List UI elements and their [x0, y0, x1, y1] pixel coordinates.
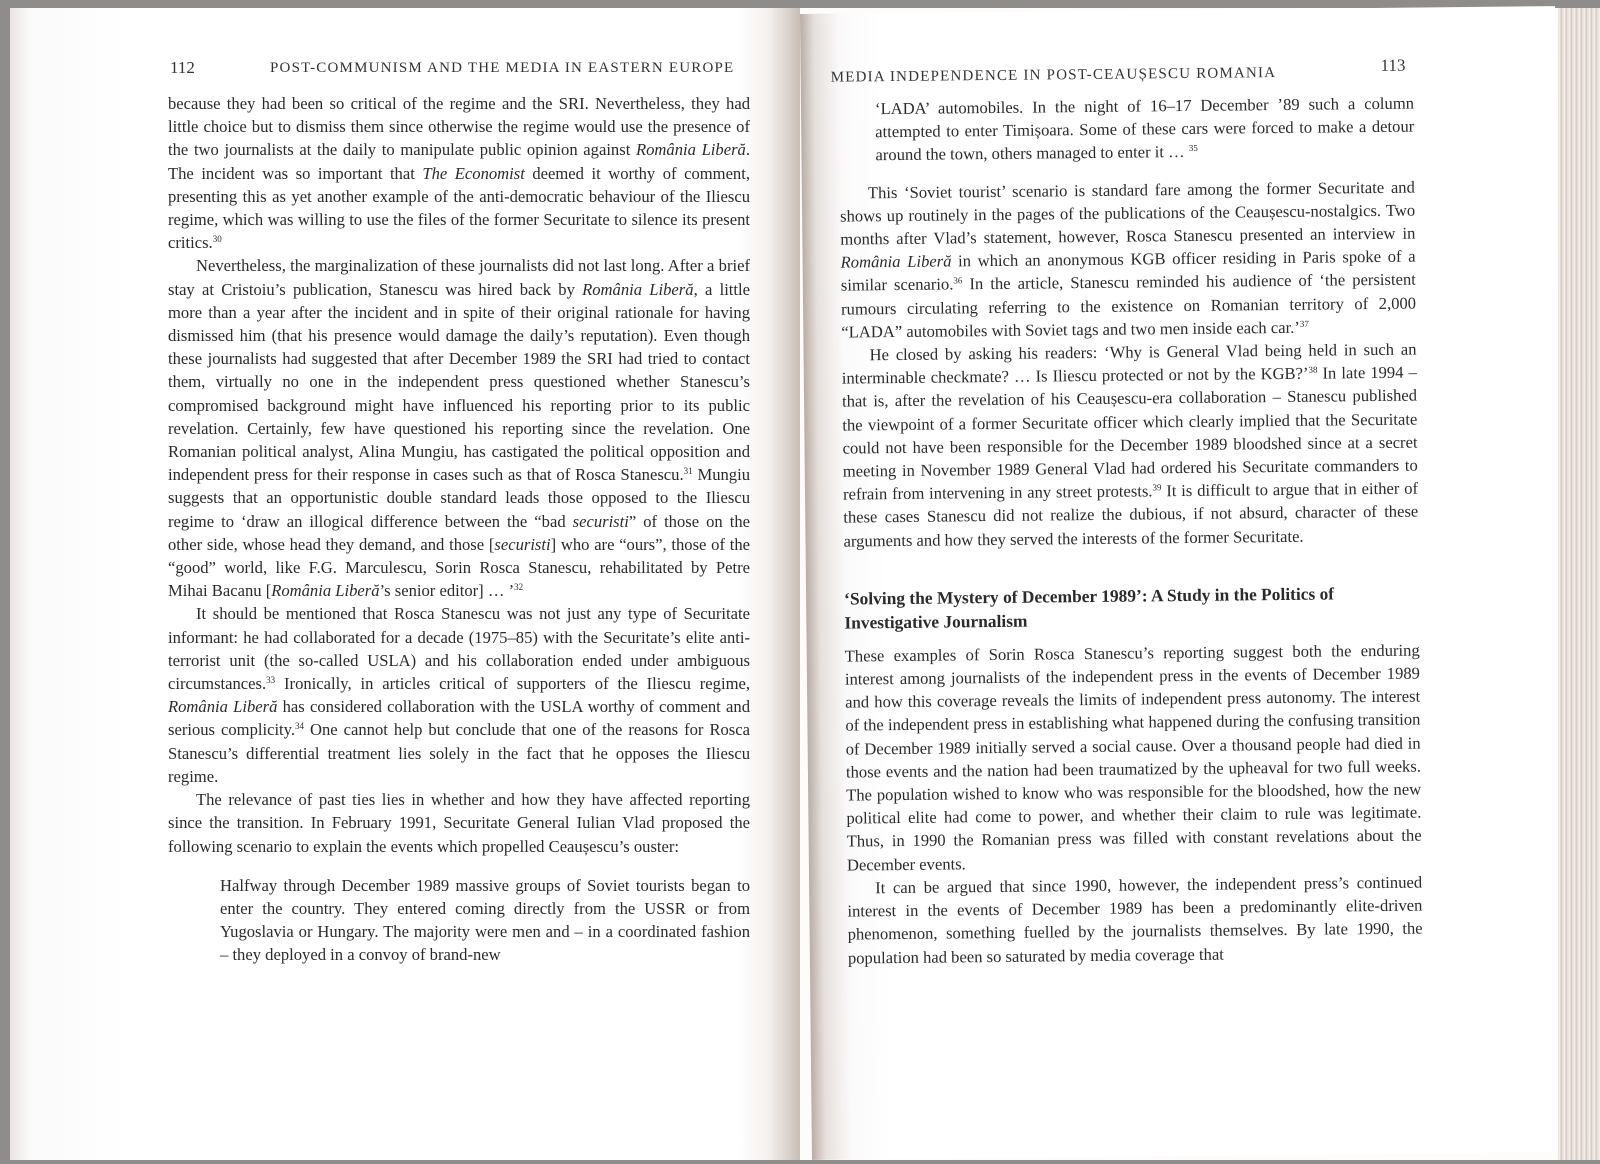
section-heading: ‘Solving the Mystery of December 1989’: …	[844, 580, 1419, 634]
block-quote-continued: ‘LADA’ automobiles. In the night of 16–1…	[875, 92, 1415, 167]
footnote-ref: 33	[266, 675, 275, 685]
body-text: because they had been so critical of the…	[168, 92, 750, 967]
italic-title: securisti	[494, 535, 550, 554]
text-run: These examples of Sorin Rosca Stanescu’s…	[845, 640, 1422, 874]
block-quote: Halfway through December 1989 massive gr…	[220, 874, 750, 967]
italic-title: securisti	[573, 512, 629, 531]
italic-title: România Liberă	[841, 252, 952, 272]
book-spread: 112 POST-COMMUNISM AND THE MEDIA IN EAST…	[10, 8, 1570, 1160]
running-head: MEDIA INDEPENDENCE IN POST-CEAUȘESCU ROM…	[831, 65, 1277, 87]
footnote-ref: 35	[1189, 143, 1198, 153]
right-page: MEDIA INDEPENDENCE IN POST-CEAUȘESCU ROM…	[800, 6, 1567, 1160]
text-run: Ironically, in articles critical of supp…	[275, 674, 750, 693]
italic-title: The Economist	[422, 164, 524, 183]
italic-title: România Liberă	[271, 581, 379, 600]
footnote-ref: 34	[295, 721, 304, 731]
paragraph: because they had been so critical of the…	[168, 92, 750, 254]
paragraph: It should be mentioned that Rosca Stanes…	[168, 602, 750, 788]
left-page: 112 POST-COMMUNISM AND THE MEDIA IN EAST…	[10, 8, 800, 1160]
paragraph-list: because they had been so critical of the…	[168, 92, 750, 858]
page-number: 113	[1380, 56, 1405, 76]
block-quote-text: ‘LADA’ automobiles. In the night of 16–1…	[875, 94, 1414, 165]
paragraph: He closed by asking his readers: ‘Why is…	[841, 338, 1418, 553]
page-edges	[1558, 8, 1600, 1160]
italic-title: România Liberă	[168, 697, 277, 716]
paragraph: These examples of Sorin Rosca Stanescu’s…	[845, 638, 1422, 876]
page-number: 112	[170, 58, 195, 78]
text-run: The relevance of past ties lies in wheth…	[168, 790, 750, 855]
paragraph: Nevertheless, the marginalization of the…	[168, 254, 750, 602]
paragraph: This ‘Soviet tourist’ scenario is standa…	[840, 175, 1417, 343]
italic-title: România Liberă	[582, 280, 693, 299]
paragraph: The relevance of past ties lies in wheth…	[168, 788, 750, 858]
footnote-ref: 37	[1300, 319, 1309, 329]
paragraph: It can be argued that since 1990, howeve…	[847, 870, 1423, 969]
footnote-ref: 36	[953, 276, 962, 286]
text-run: ’s senior editor] … ’	[380, 581, 515, 600]
footnote-ref: 31	[684, 466, 693, 476]
footnote-ref: 30	[213, 234, 222, 244]
body-text: ‘LADA’ automobiles. In the night of 16–1…	[839, 92, 1423, 970]
block-quote-text: Halfway through December 1989 massive gr…	[220, 874, 750, 967]
footnote-ref: 32	[514, 582, 523, 592]
section-paragraph-list: These examples of Sorin Rosca Stanescu’s…	[845, 638, 1423, 969]
italic-title: România Liberă	[636, 140, 746, 159]
footnote-ref: 38	[1308, 365, 1317, 375]
text-run: , a little more than a year after the in…	[168, 280, 750, 485]
text-run: It can be argued that since 1990, howeve…	[847, 872, 1422, 967]
running-head: POST-COMMUNISM AND THE MEDIA IN EASTERN …	[270, 60, 734, 77]
paragraph-list: This ‘Soviet tourist’ scenario is standa…	[840, 175, 1419, 552]
text-run: This ‘Soviet tourist’ scenario is standa…	[840, 177, 1415, 248]
